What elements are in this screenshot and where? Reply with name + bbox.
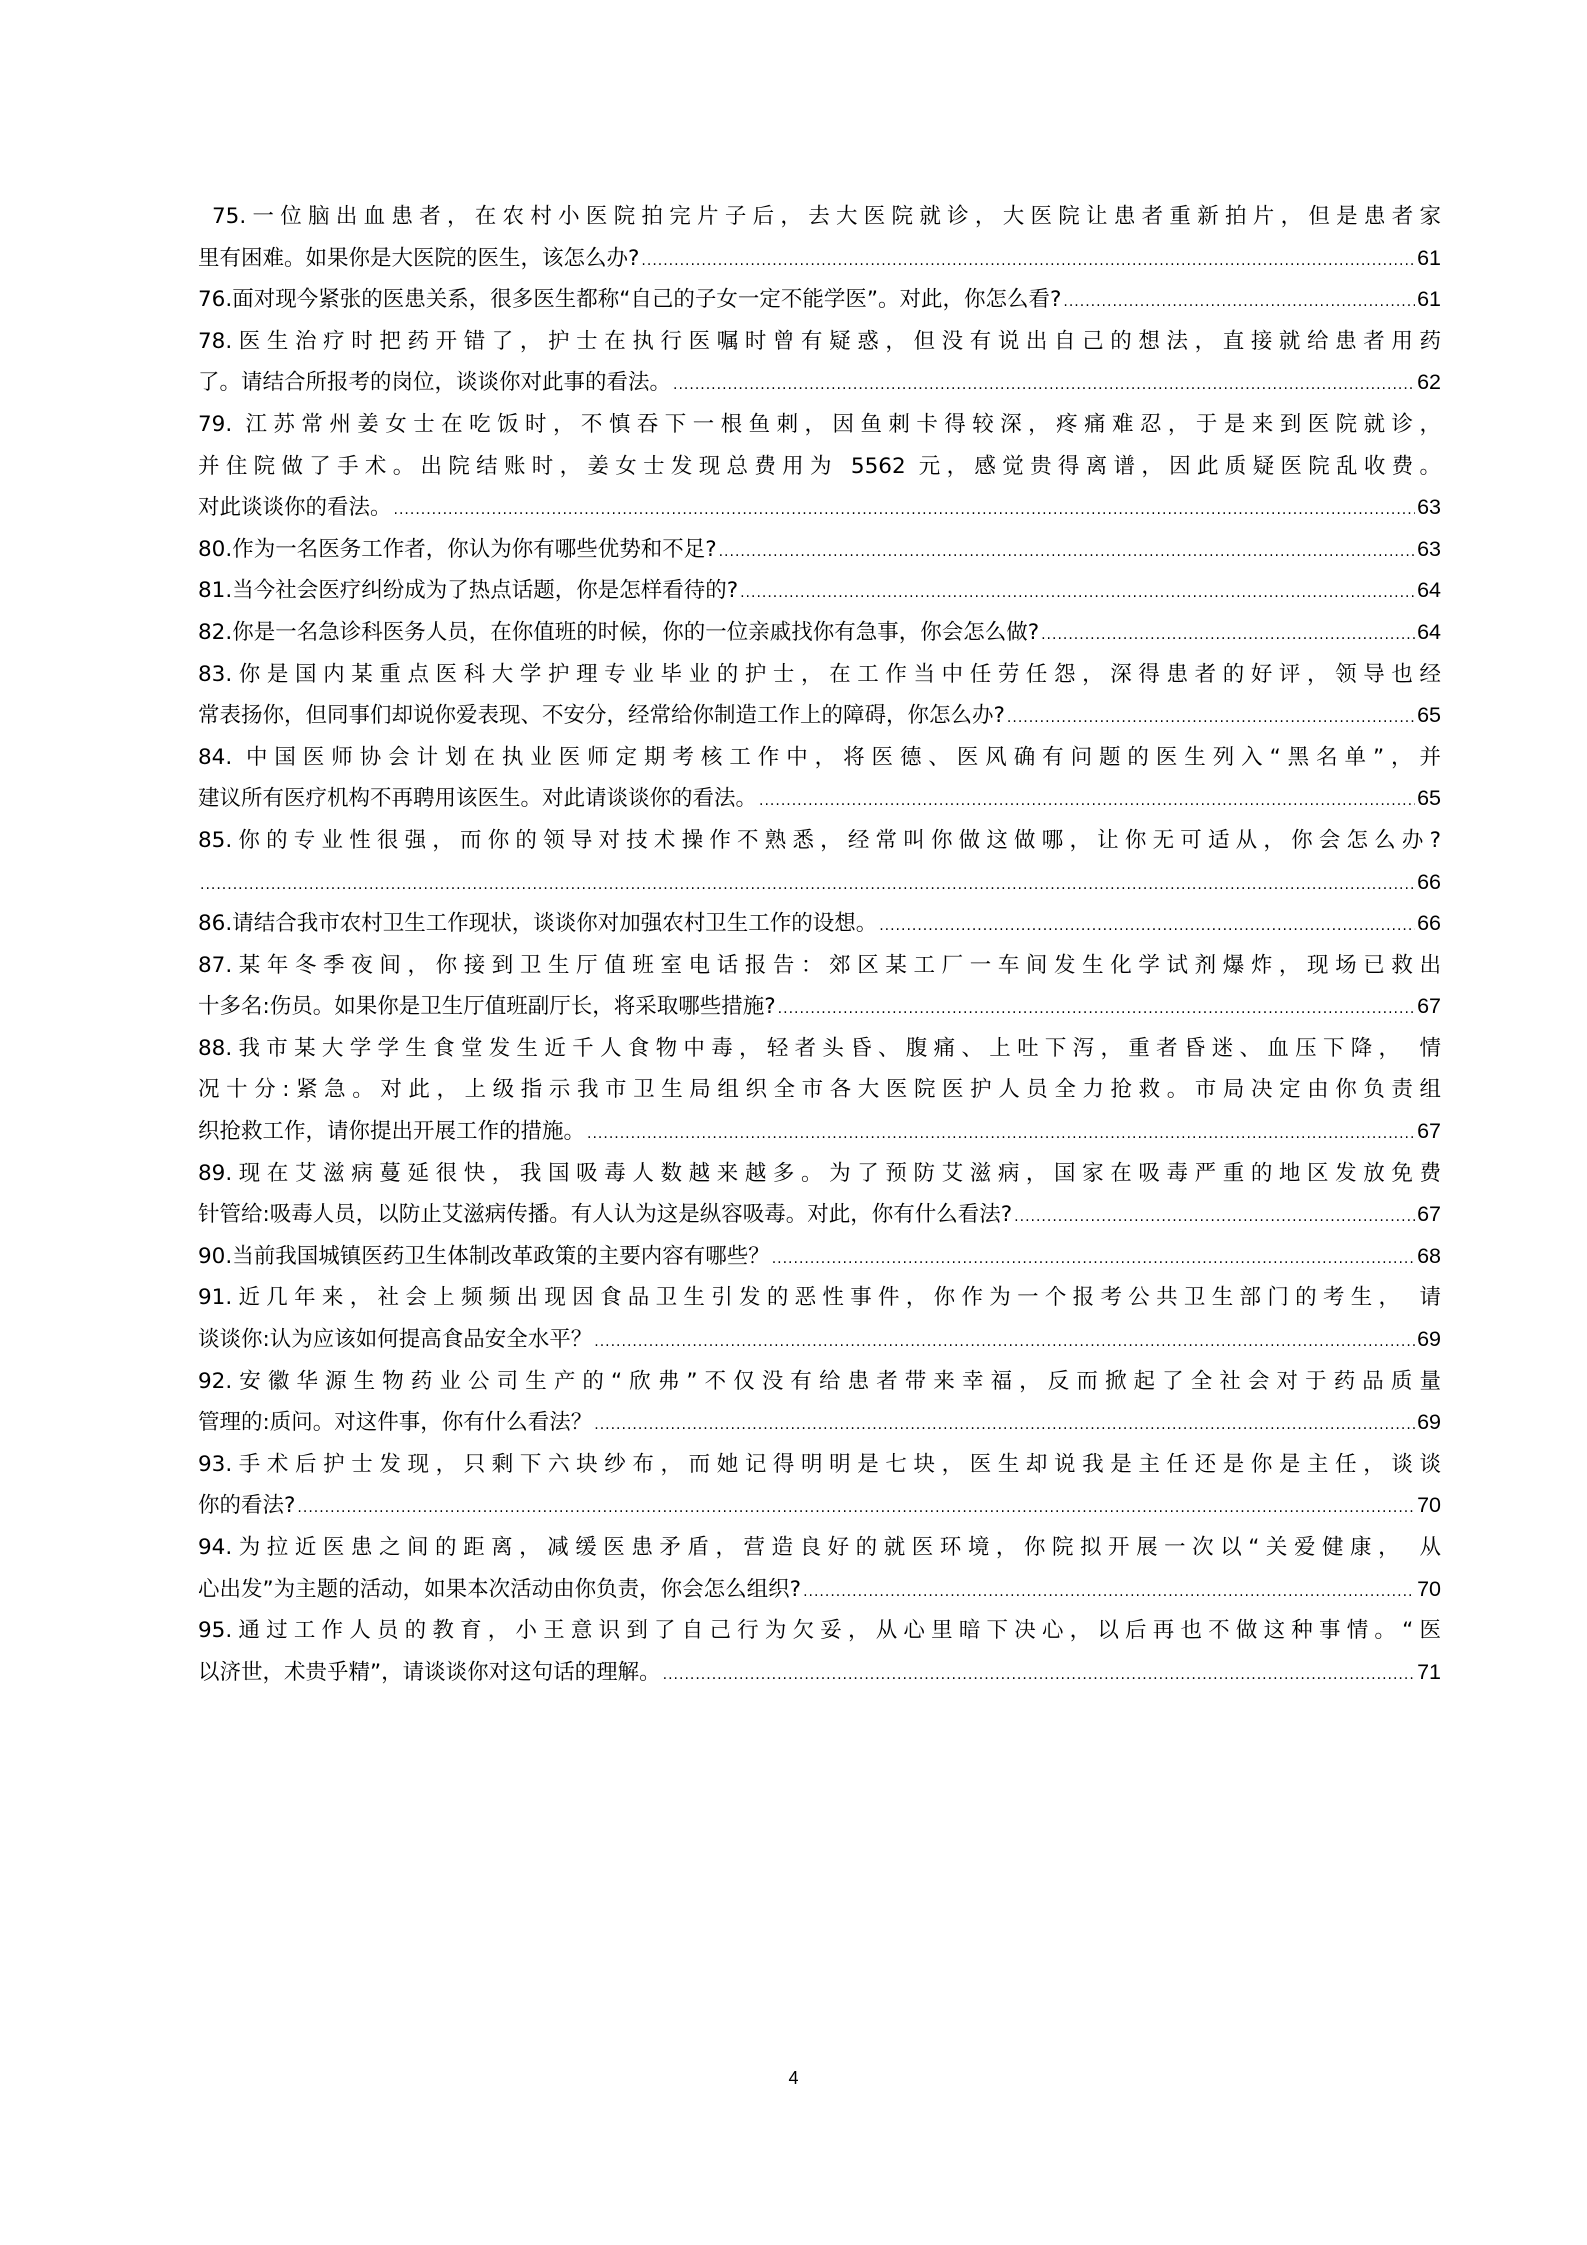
toc-entry-title-end: 以济世，术贵乎精”，请谈谈你对这句话的理解。: [198, 1652, 661, 1694]
toc-entry-text-line: 93.手术后护士发现，只剩下六块纱布，而她记得明明是七块，医生却说我是主任还是你…: [198, 1444, 1441, 1486]
toc-entry-text-line: 87.某年冬季夜间，你接到卫生厅值班室电话报告：郊区某工厂一车间发生化学试剂爆炸…: [198, 945, 1441, 987]
toc-entry-86[interactable]: 86.请结合我市农村卫生工作现状，谈谈你对加强农村卫生工作的设想。66: [198, 903, 1441, 945]
dot-leader: [594, 1322, 1415, 1364]
toc-entry-title-end: 常表扬你，但同事们却说你爱表现、不安分，经常给你制造工作上的障碍，你怎么办?: [198, 695, 1005, 737]
toc-entry-82[interactable]: 82.你是一名急诊科医务人员，在你值班的时候，你的一位亲戚找你有急事，你会怎么做…: [198, 612, 1441, 654]
toc-entry-title-end: 你的看法?: [198, 1485, 295, 1527]
toc-entry-text-line: 84. 中国医师协会计划在执业医师定期考核工作中，将医德、医风确有问题的医生列入…: [198, 737, 1441, 779]
toc-entry-75[interactable]: 75.一位脑出血患者，在农村小医院拍完片子后，去大医院就诊，大医院让患者重新拍片…: [198, 196, 1441, 279]
toc-entry-81[interactable]: 81.当今社会医疗纠纷成为了热点话题，你是怎样看待的?64: [198, 570, 1441, 612]
toc-entry-leader-line: 了。请结合所报考的岗位，谈谈你对此事的看法。62: [198, 362, 1441, 404]
document-page: 75.一位脑出血患者，在农村小医院拍完片子后，去大医院就诊，大医院让患者重新拍片…: [0, 0, 1587, 2245]
toc-entry-84[interactable]: 84. 中国医师协会计划在执业医师定期考核工作中，将医德、医风确有问题的医生列入…: [198, 737, 1441, 820]
toc-page-number[interactable]: 70: [1417, 1485, 1441, 1527]
toc-page-number[interactable]: 61: [1417, 279, 1441, 321]
toc-entry-leader-line: 心出发”为主题的活动，如果本次活动由你负责，你会怎么组织?70: [198, 1569, 1441, 1611]
dot-leader: [759, 781, 1415, 823]
dot-leader: [1041, 615, 1415, 657]
toc-entry-leader-line: 你的看法?70: [198, 1485, 1441, 1527]
toc-entry-78[interactable]: 78.医生治疗时把药开错了，护士在执行医嘱时曾有疑惑，但没有说出自己的想法，直接…: [198, 321, 1441, 404]
toc-page-number[interactable]: 65: [1417, 778, 1441, 820]
toc-entry-leader-line: 常表扬你，但同事们却说你爱表现、不安分，经常给你制造工作上的障碍，你怎么办?65: [198, 695, 1441, 737]
toc-entry-leader-line: 86.请结合我市农村卫生工作现状，谈谈你对加强农村卫生工作的设想。66: [198, 903, 1441, 945]
toc-entry-title-end: 心出发”为主题的活动，如果本次活动由你负责，你会怎么组织?: [198, 1569, 801, 1611]
dot-leader: [394, 490, 1416, 532]
toc-entry-leader-line: 80.作为一名医务工作者，你认为你有哪些优势和不足?63: [198, 529, 1441, 571]
dot-leader: [594, 1405, 1415, 1447]
toc-entry-leader-line: 76.面对现今紧张的医患关系，很多医生都称“自己的子女一定不能学医”。对此，你怎…: [198, 279, 1441, 321]
toc-entry-93[interactable]: 93.手术后护士发现，只剩下六块纱布，而她记得明明是七块，医生却说我是主任还是你…: [198, 1444, 1441, 1527]
dot-leader: [641, 241, 1415, 283]
toc-entry-title-end: 管理的:质问。对这件事，你有什么看法？: [198, 1402, 592, 1444]
toc-entry-91[interactable]: 91.近几年来，社会上频频出现因食品卫生引发的恶性事件，你作为一个报考公共卫生部…: [198, 1277, 1441, 1360]
toc-entry-title-end: 80.作为一名医务工作者，你认为你有哪些优势和不足?: [198, 529, 717, 571]
toc-entry-text-line: 75.一位脑出血患者，在农村小医院拍完片子后，去大医院就诊，大医院让患者重新拍片…: [198, 196, 1441, 238]
toc-page-number[interactable]: 64: [1417, 612, 1441, 654]
dot-leader: [297, 1488, 1415, 1530]
dot-leader: [587, 1114, 1415, 1156]
toc-entry-80[interactable]: 80.作为一名医务工作者，你认为你有哪些优势和不足?63: [198, 529, 1441, 571]
toc-entry-text-line: 85.你的专业性很强，而你的领导对技术操作不熟悉，经常叫你做这做哪，让你无可适从…: [198, 820, 1441, 862]
toc-page-number[interactable]: 69: [1417, 1319, 1441, 1361]
toc-entry-text-line: 78.医生治疗时把药开错了，护士在执行医嘱时曾有疑惑，但没有说出自己的想法，直接…: [198, 321, 1441, 363]
toc-entry-title-end: 十多名:伤员。如果你是卫生厅值班副厅长，将采取哪些措施?: [198, 986, 776, 1028]
toc-entry-leader-line: 对此谈谈你的看法。63: [198, 487, 1441, 529]
toc-entry-leader-line: 81.当今社会医疗纠纷成为了热点话题，你是怎样看待的?64: [198, 570, 1441, 612]
toc-entry-87[interactable]: 87.某年冬季夜间，你接到卫生厅值班室电话报告：郊区某工厂一车间发生化学试剂爆炸…: [198, 945, 1441, 1028]
table-of-contents: 75.一位脑出血患者，在农村小医院拍完片子后，去大医院就诊，大医院让患者重新拍片…: [198, 196, 1441, 1693]
toc-entry-leader-line: 里有困难。如果你是大医院的医生，该怎么办?61: [198, 238, 1441, 280]
toc-entry-title-end: 76.面对现今紧张的医患关系，很多医生都称“自己的子女一定不能学医”。对此，你怎…: [198, 279, 1061, 321]
dot-leader: [1063, 282, 1415, 324]
toc-entry-title-end: 对此谈谈你的看法。: [198, 487, 392, 529]
dot-leader: [1007, 698, 1415, 740]
dot-leader: [719, 532, 1415, 574]
toc-page-number[interactable]: 65: [1417, 695, 1441, 737]
dot-leader: [663, 1655, 1415, 1697]
dot-leader: [673, 365, 1415, 407]
toc-entry-title-end: 织抢救工作，请你提出开展工作的措施。: [198, 1111, 585, 1153]
toc-page-number[interactable]: 62: [1417, 362, 1441, 404]
toc-page-number[interactable]: 66: [1417, 862, 1441, 904]
toc-entry-95[interactable]: 95.通过工作人员的教育，小王意识到了自己行为欠妥，从心里暗下决心，以后再也不做…: [198, 1610, 1441, 1693]
toc-entry-leader-line: 管理的:质问。对这件事，你有什么看法？69: [198, 1402, 1441, 1444]
dot-leader: [1014, 1197, 1415, 1239]
toc-entry-leader-line: 针管给:吸毒人员，以防止艾滋病传播。有人认为这是纵容吸毒。对此，你有什么看法?6…: [198, 1194, 1441, 1236]
toc-entry-text-line: 88.我市某大学学生食堂发生近千人食物中毒，轻者头昏、腹痛、上吐下泻，重者昏迷、…: [198, 1028, 1441, 1070]
toc-entry-title-end: 86.请结合我市农村卫生工作现状，谈谈你对加强农村卫生工作的设想。: [198, 903, 877, 945]
toc-entry-text-line: 91.近几年来，社会上频频出现因食品卫生引发的恶性事件，你作为一个报考公共卫生部…: [198, 1277, 1441, 1319]
toc-entry-title-end: 里有困难。如果你是大医院的医生，该怎么办?: [198, 238, 639, 280]
toc-entry-text-line: 89.现在艾滋病蔓延很快，我国吸毒人数越来越多。为了预防艾滋病，国家在吸毒严重的…: [198, 1153, 1441, 1195]
dot-leader: [772, 1239, 1415, 1281]
toc-page-number[interactable]: 68: [1417, 1236, 1441, 1278]
toc-page-number[interactable]: 61: [1417, 238, 1441, 280]
dot-leader: [740, 573, 1415, 615]
toc-page-number[interactable]: 67: [1417, 1194, 1441, 1236]
toc-entry-leader-line: 90.当前我国城镇医药卫生体制改革政策的主要内容有哪些？68: [198, 1236, 1441, 1278]
toc-entry-title-end: 81.当今社会医疗纠纷成为了热点话题，你是怎样看待的?: [198, 570, 738, 612]
toc-entry-text-line: 并住院做了手术。出院结账时，姜女士发现总费用为 5562 元，感觉贵得离谱，因此…: [198, 446, 1441, 488]
toc-entry-text-line: 83.你是国内某重点医科大学护理专业毕业的护士，在工作当中任劳任怨，深得患者的好…: [198, 654, 1441, 696]
toc-page-number[interactable]: 70: [1417, 1569, 1441, 1611]
toc-entry-title-end: 谈谈你:认为应该如何提高食品安全水平？: [198, 1319, 592, 1361]
toc-entry-leader-line: 以济世，术贵乎精”，请谈谈你对这句话的理解。71: [198, 1652, 1441, 1694]
dot-leader: [879, 906, 1415, 948]
page-number: 4: [0, 2068, 1587, 2089]
toc-entry-79[interactable]: 79. 江苏常州姜女士在吃饭时，不慎吞下一根鱼刺，因鱼刺卡得较深，疼痛难忍，于是…: [198, 404, 1441, 529]
toc-entry-text-line: 92.安徽华源生物药业公司生产的“欣弗”不仅没有给患者带来幸福，反而掀起了全社会…: [198, 1361, 1441, 1403]
toc-entry-leader-line: 十多名:伤员。如果你是卫生厅值班副厅长，将采取哪些措施?67: [198, 986, 1441, 1028]
toc-entry-88[interactable]: 88.我市某大学学生食堂发生近千人食物中毒，轻者头昏、腹痛、上吐下泻，重者昏迷、…: [198, 1028, 1441, 1153]
toc-entry-76[interactable]: 76.面对现今紧张的医患关系，很多医生都称“自己的子女一定不能学医”。对此，你怎…: [198, 279, 1441, 321]
dot-leader: [200, 865, 1415, 907]
toc-entry-89[interactable]: 89.现在艾滋病蔓延很快，我国吸毒人数越来越多。为了预防艾滋病，国家在吸毒严重的…: [198, 1153, 1441, 1236]
toc-entry-85[interactable]: 85.你的专业性很强，而你的领导对技术操作不熟悉，经常叫你做这做哪，让你无可适从…: [198, 820, 1441, 903]
toc-entry-92[interactable]: 92.安徽华源生物药业公司生产的“欣弗”不仅没有给患者带来幸福，反而掀起了全社会…: [198, 1361, 1441, 1444]
toc-entry-title-end: 针管给:吸毒人员，以防止艾滋病传播。有人认为这是纵容吸毒。对此，你有什么看法?: [198, 1194, 1012, 1236]
toc-entry-83[interactable]: 83.你是国内某重点医科大学护理专业毕业的护士，在工作当中任劳任怨，深得患者的好…: [198, 654, 1441, 737]
toc-entry-94[interactable]: 94.为拉近医患之间的距离，减缓医患矛盾，营造良好的就医环境，你院拟开展一次以“…: [198, 1527, 1441, 1610]
toc-entry-text-line: 95.通过工作人员的教育，小王意识到了自己行为欠妥，从心里暗下决心，以后再也不做…: [198, 1610, 1441, 1652]
toc-page-number[interactable]: 69: [1417, 1402, 1441, 1444]
toc-entry-leader-line: 82.你是一名急诊科医务人员，在你值班的时候，你的一位亲戚找你有急事，你会怎么做…: [198, 612, 1441, 654]
toc-entry-text-line: 79. 江苏常州姜女士在吃饭时，不慎吞下一根鱼刺，因鱼刺卡得较深，疼痛难忍，于是…: [198, 404, 1441, 446]
toc-page-number[interactable]: 64: [1417, 570, 1441, 612]
toc-entry-leader-line: 谈谈你:认为应该如何提高食品安全水平？69: [198, 1319, 1441, 1361]
toc-entry-title-end: 90.当前我国城镇医药卫生体制改革政策的主要内容有哪些？: [198, 1236, 770, 1278]
toc-entry-title-end: 了。请结合所报考的岗位，谈谈你对此事的看法。: [198, 362, 671, 404]
dot-leader: [778, 989, 1415, 1031]
toc-page-number[interactable]: 67: [1417, 986, 1441, 1028]
toc-entry-leader-line: 66: [198, 862, 1441, 904]
toc-page-number[interactable]: 63: [1417, 487, 1441, 529]
toc-entry-text-line: 94.为拉近医患之间的距离，减缓医患矛盾，营造良好的就医环境，你院拟开展一次以“…: [198, 1527, 1441, 1569]
toc-entry-leader-line: 织抢救工作，请你提出开展工作的措施。67: [198, 1111, 1441, 1153]
toc-page-number[interactable]: 66: [1417, 903, 1441, 945]
toc-entry-leader-line: 建议所有医疗机构不再聘用该医生。对此请谈谈你的看法。65: [198, 778, 1441, 820]
toc-entry-title-end: 建议所有医疗机构不再聘用该医生。对此请谈谈你的看法。: [198, 778, 757, 820]
toc-page-number[interactable]: 67: [1417, 1111, 1441, 1153]
toc-entry-text-line: 况十分:紧急。对此，上级指示我市卫生局组织全市各大医院医护人员全力抢救。市局决定…: [198, 1069, 1441, 1111]
dot-leader: [803, 1572, 1415, 1614]
toc-page-number[interactable]: 63: [1417, 529, 1441, 571]
toc-entry-title-end: 82.你是一名急诊科医务人员，在你值班的时候，你的一位亲戚找你有急事，你会怎么做…: [198, 612, 1039, 654]
toc-page-number[interactable]: 71: [1417, 1652, 1441, 1694]
toc-entry-90[interactable]: 90.当前我国城镇医药卫生体制改革政策的主要内容有哪些？68: [198, 1236, 1441, 1278]
